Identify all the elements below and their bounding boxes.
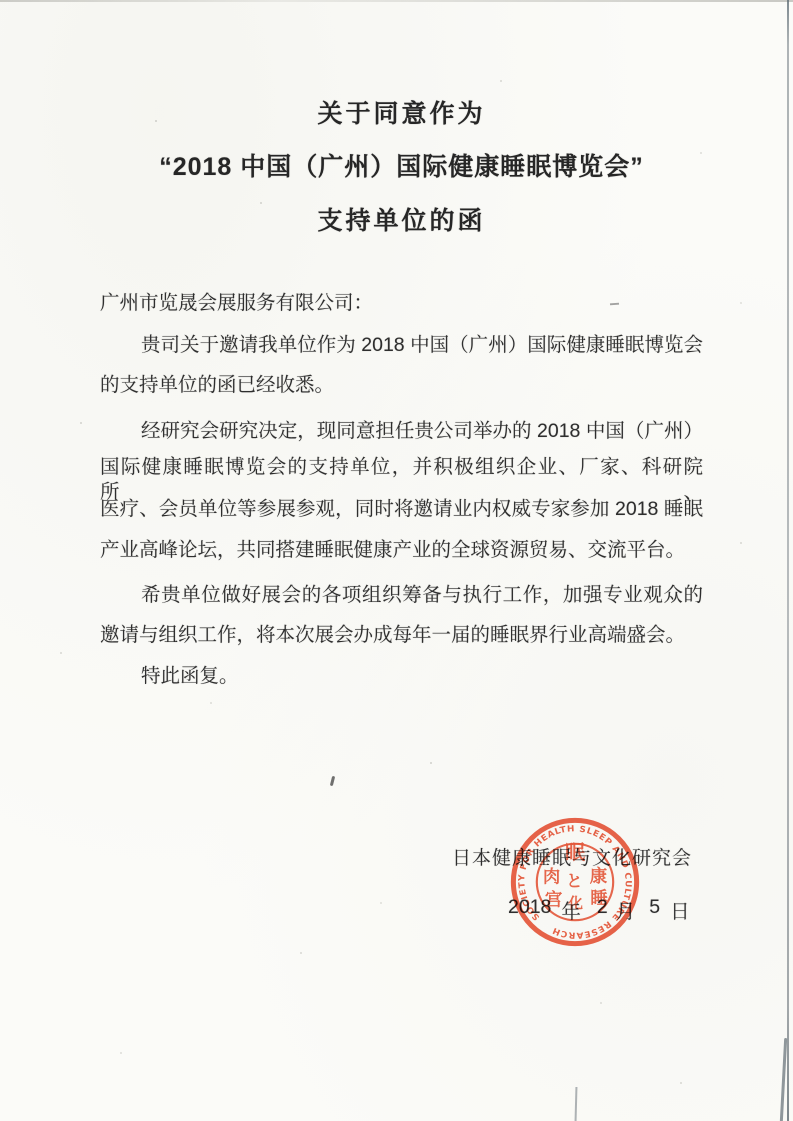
paragraph2-line1: 经研究会研究决定，现同意担任贵公司举办的 2018 中国（广州） — [100, 419, 703, 444]
scan-top-edge — [0, 0, 793, 2]
official-seal-graphic: SOCIETY FOR HEALTH SLEEP AND CULTURE RES… — [508, 815, 642, 949]
letter-title-line-1: 关于同意作为 — [100, 99, 703, 129]
closing-phrase: 特此函复。 — [100, 664, 703, 689]
paper-dust-specks — [155, 120, 157, 122]
official-seal: SOCIETY FOR HEALTH SLEEP AND CULTURE RES… — [508, 815, 642, 949]
paragraph1-line1: 贵司关于邀请我单位作为 2018 中国（广州）国际健康睡眠博览会 — [100, 333, 703, 358]
scanned-letter-page: 关于同意作为 “2018 中国（广州）国际健康睡眠博览会” 支持单位的函 广州市… — [0, 0, 793, 1121]
date-day-unit: 日 — [670, 896, 690, 924]
scan-right-page-edge — [787, 0, 789, 1121]
seal-center-char-shui: 睡 — [590, 888, 608, 909]
paragraph1-line2: 的支持单位的函已经收悉。 — [100, 373, 703, 398]
paragraph2-line3: 医疗、会员单位等参展参观，同时将邀请业内权威专家参加 2018 睡眠 — [100, 497, 703, 522]
bottom-fold-mark — [575, 1087, 578, 1121]
seal-center-char-hua: 化 — [567, 894, 583, 912]
paragraph3-line2: 邀请与组织工作，将本次展会办成每年一届的睡眠界行业高端盛会。 — [100, 623, 703, 648]
letter-title-line-2: “2018 中国（广州）国际健康睡眠博览会” — [100, 152, 703, 182]
date-day: 5 — [649, 896, 660, 919]
seal-center-char-rou: 肉 — [543, 867, 560, 888]
paragraph3-line1: 希贵单位做好展会的各项组织筹备与执行工作，加强专业观众的 — [100, 583, 703, 608]
paragraph2-line4: 产业高峰论坛，共同搭建睡眠健康产业的全球资源贸易、交流平台。 — [100, 538, 703, 563]
letter-title-line-3: 支持单位的函 — [100, 206, 703, 236]
seal-center-char-gong: 宫 — [545, 889, 563, 910]
seal-center-char-kang: 康 — [590, 866, 608, 887]
seal-center-char-mian: 眠 — [565, 840, 586, 864]
seal-center-char-to: と — [566, 871, 583, 891]
ink-speck — [330, 776, 335, 786]
